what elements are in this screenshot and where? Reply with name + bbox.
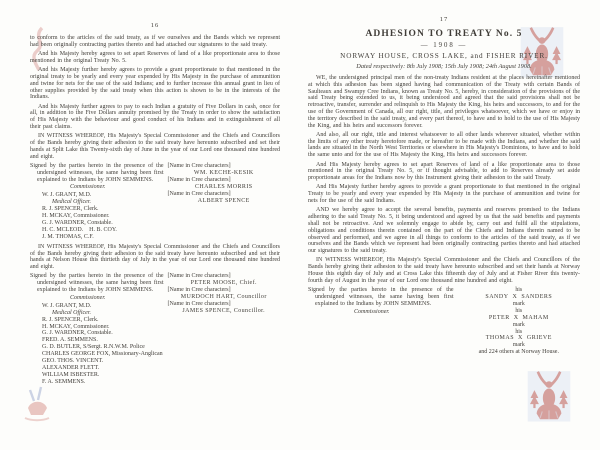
page-17: 17 ADHESION TO TREATY No. 5 — 1908 — NOR… bbox=[308, 16, 580, 359]
witness-block-1: Signed by the parties hereto in the pres… bbox=[30, 163, 280, 241]
mark-word: mark bbox=[458, 342, 580, 349]
scanned-book-spread: { "left_page": { "page_number": "16", "p… bbox=[0, 0, 600, 450]
paragraph: And his Majesty further hereby agrees to… bbox=[30, 67, 280, 101]
signature-block: Signed by the parties hereto in the pres… bbox=[308, 287, 580, 356]
attestation-role: Commissioner. bbox=[30, 295, 146, 302]
paragraph-we-undersigned: WE, the undersigned principal men of the… bbox=[308, 75, 580, 129]
witness-block-2-left: Signed by the parties hereto in the pres… bbox=[30, 273, 168, 385]
signatory-mark-name: PETER X MAHAM bbox=[458, 315, 580, 322]
paragraph: And His Majesty further hereby agrees to… bbox=[308, 184, 580, 204]
mark-word: his bbox=[458, 308, 580, 315]
mark-word: mark bbox=[458, 322, 580, 329]
library-stamp-icon bbox=[524, 370, 574, 426]
witness-block-2-signatories: [Name in Cree characters] PETER MOOSE, C… bbox=[168, 273, 281, 385]
signatory-name: CHARLES MORRIS bbox=[168, 184, 281, 191]
signature-block-left: Signed by the parties hereto in the pres… bbox=[308, 287, 458, 356]
signatory-name: MURDOCH HART, Councillor bbox=[168, 294, 281, 301]
witness-name: CHARLES GEORGE FOX, Missionary-Anglican bbox=[42, 351, 164, 358]
witness-block-1-left: Signed by the parties hereto in the pres… bbox=[30, 163, 168, 241]
dated-line: Dated respectively: 8th July 1908; 15th … bbox=[308, 63, 580, 71]
witness-title: Medical Officer. bbox=[42, 199, 164, 206]
witness-name: W. J. GRANT, M.D. bbox=[42, 303, 164, 310]
paragraph: And His Majesty hereby agrees to set apa… bbox=[308, 162, 580, 182]
witness-name: WILLIAM ISBESTER. bbox=[42, 372, 164, 379]
cree-name-note: [Name in Cree characters] bbox=[168, 163, 281, 170]
paragraph-continuation: to conform to the articles of the said t… bbox=[30, 35, 280, 49]
witness-title: Medical Officer. bbox=[42, 310, 164, 317]
signatory-mark-name: THOMAS X GRIEVE bbox=[458, 335, 580, 342]
document-title: ADHESION TO TREATY No. 5 bbox=[308, 29, 580, 40]
witness-name: J. M. THOMAS, C.F. bbox=[42, 234, 164, 241]
paragraph-and-we-agree: AND we hereby agree to accept the severa… bbox=[308, 207, 580, 255]
mark-word: his bbox=[458, 287, 580, 294]
witness-name: H. C. MCLEOD. H. B. COY. bbox=[42, 227, 164, 234]
places-line: NORWAY HOUSE, CROSS LAKE, and FISHER RIV… bbox=[308, 52, 580, 61]
signatory-name: JAMES SPENCE, Councillor. bbox=[168, 308, 281, 315]
year-line: — 1908 — bbox=[308, 42, 580, 50]
in-witness-whereof-split-lake: IN WITNESS WHEREOF, His Majesty's Specia… bbox=[30, 133, 280, 160]
witness-block-1-signatories: [Name in Cree characters] WM. KECHE-KESI… bbox=[168, 163, 281, 241]
mark-word: mark bbox=[458, 301, 580, 308]
witness-list: W. J. GRANT, M.D. Medical Officer. R. J.… bbox=[30, 192, 164, 240]
witness-block-2: Signed by the parties hereto in the pres… bbox=[30, 273, 280, 385]
witness-list: W. J. GRANT, M.D. Medical Officer. R. J.… bbox=[30, 303, 164, 386]
signatory-name: ALBERT SPENCE bbox=[168, 198, 281, 205]
witness-name: ALEXANDER FLETT. bbox=[42, 365, 164, 372]
witness-name: F. A. SEMMENS. bbox=[42, 379, 164, 386]
attestation-role: Commissioner. bbox=[308, 309, 436, 316]
attestation-text: Signed by the parties hereto in the pres… bbox=[30, 163, 164, 183]
witness-name: R. J. SPENCER, Clerk. bbox=[42, 317, 164, 324]
page-number: 16 bbox=[30, 22, 280, 29]
paragraph: And his Majesty hereby agrees to set apa… bbox=[30, 51, 280, 65]
paragraph: And also, all our right, title and inter… bbox=[308, 132, 580, 159]
cree-name-note: [Name in Cree characters] bbox=[168, 287, 281, 294]
signatory-name: PETER MOOSE, Chief. bbox=[168, 280, 281, 287]
attestation-role: Commissioner. bbox=[30, 184, 146, 191]
cree-name-note: [Name in Cree characters] bbox=[168, 191, 281, 198]
mark-word: his bbox=[458, 329, 580, 336]
witness-name: H. MCKAY, Commissioner. bbox=[42, 324, 164, 331]
cree-name-note: [Name in Cree characters] bbox=[168, 301, 281, 308]
witness-name: G. J. WARDNER, Constable. bbox=[42, 330, 164, 337]
signature-marks: his SANDY X SANDERS mark his PETER X MAH… bbox=[458, 287, 580, 356]
paragraph: And his Majesty further agrees to pay to… bbox=[30, 104, 280, 131]
cree-name-note: [Name in Cree characters] bbox=[168, 177, 281, 184]
signatory-mark-name: SANDY X SANDERS bbox=[458, 294, 580, 301]
witness-name: FRED. A. SEMMENS. bbox=[42, 337, 164, 344]
witness-name: GEO. THOS. VINCENT. bbox=[42, 358, 164, 365]
page-16: 16 to conform to the articles of the sai… bbox=[30, 22, 280, 389]
witness-name: G. D. BUTLER, S/Sergt. R.N.W.M. Police bbox=[42, 344, 164, 351]
attestation-text: Signed by the parties hereto in the pres… bbox=[308, 287, 454, 307]
in-witness-whereof-nelson-house: IN WITNESS WHEREOF, His Majesty's Specia… bbox=[30, 244, 280, 271]
attestation-text: Signed by the parties hereto in the pres… bbox=[30, 273, 164, 293]
signatory-name: WM. KECHE-KESIK bbox=[168, 170, 281, 177]
witness-name: H. MCKAY, Commissioner. bbox=[42, 213, 164, 220]
others-note: and 224 others at Norway House. bbox=[458, 349, 580, 356]
page-number: 17 bbox=[308, 16, 580, 23]
witness-name: R. J. SPENCER, Clerk. bbox=[42, 206, 164, 213]
witness-name: G. J. WARDNER, Constable. bbox=[42, 220, 164, 227]
in-witness-whereof-norway-house: IN WITNESS WHEREOF, His Majesty's Specia… bbox=[308, 257, 580, 284]
